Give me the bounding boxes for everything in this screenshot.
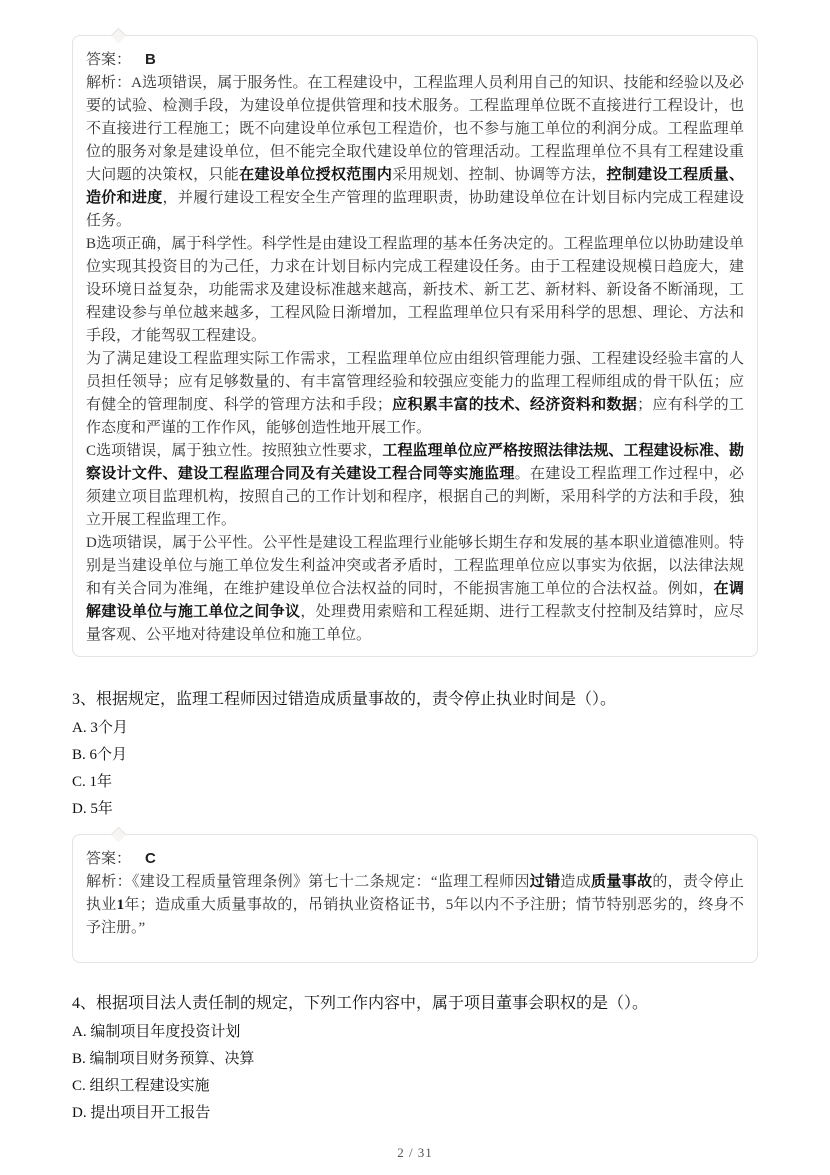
analysis-paragraph: D选项错误，属于公平性。公平性是建设工程监理行业能够长期生存和发展的基本职业道德… [86, 532, 744, 647]
question-title: 4、根据项目法人责任制的规定，下列工作内容中，属于项目董事会职权的是（）。 [72, 993, 758, 1014]
option-item-d: D. 提出项目开工报告 [72, 1104, 758, 1122]
option-item-b: B. 6个月 [72, 746, 758, 764]
option-item-c: C. 1年 [72, 773, 758, 791]
exam-document-page: 答案：B 解析：A选项错误，属于服务性。在工程建设中，工程监理人员利用自己的知识… [0, 0, 830, 1175]
option-item-a: A. 3个月 [72, 719, 758, 737]
analysis-paragraph: 为了满足建设工程监理实际工作需求，工程监理单位应由组织管理能力强、工程建设经验丰… [86, 348, 744, 440]
question-3: 3、根据规定，监理工程师因过错造成质量事故的，责令停止执业时间是（）。 A. 3… [72, 689, 758, 818]
option-item-b: B. 编制项目财务预算、决算 [72, 1050, 758, 1068]
answer-value: B [145, 51, 156, 68]
question-title: 3、根据规定，监理工程师因过错造成质量事故的，责令停止执业时间是（）。 [72, 689, 758, 710]
answer-label: 答案： [86, 851, 131, 867]
callout-arrow-icon [111, 28, 127, 44]
answer-value: C [145, 850, 156, 867]
option-item-c: C. 组织工程建设实施 [72, 1077, 758, 1095]
page-footer: 2 / 31 [0, 1145, 830, 1161]
option-item-d: D. 5年 [72, 800, 758, 818]
analysis-paragraph: C选项错误，属于独立性。按照独立性要求，工程监理单位应严格按照法律法规、工程建设… [86, 440, 744, 532]
answer-line: 答案：B [86, 48, 744, 72]
question-4: 4、根据项目法人责任制的规定，下列工作内容中，属于项目董事会职权的是（）。 A.… [72, 993, 758, 1122]
answer-line: 答案：C [86, 847, 744, 871]
callout-arrow-icon [111, 827, 127, 843]
option-item-a: A. 编制项目年度投资计划 [72, 1023, 758, 1041]
answer-analysis-card-1: 答案：B 解析：A选项错误，属于服务性。在工程建设中，工程监理人员利用自己的知识… [72, 35, 758, 657]
answer-analysis-card-2: 答案：C 解析：《建设工程质量管理条例》第七十二条规定：“监理工程师因过错造成质… [72, 834, 758, 963]
page-indicator: 2 / 31 [397, 1145, 433, 1160]
answer-label: 答案： [86, 52, 131, 68]
analysis-paragraph: B选项正确，属于科学性。科学性是由建设工程监理的基本任务决定的。工程监理单位以协… [86, 233, 744, 348]
analysis-paragraph: 解析：A选项错误，属于服务性。在工程建设中，工程监理人员利用自己的知识、技能和经… [86, 72, 744, 233]
analysis-paragraph: 解析：《建设工程质量管理条例》第七十二条规定：“监理工程师因过错造成质量事故的，… [86, 871, 744, 940]
